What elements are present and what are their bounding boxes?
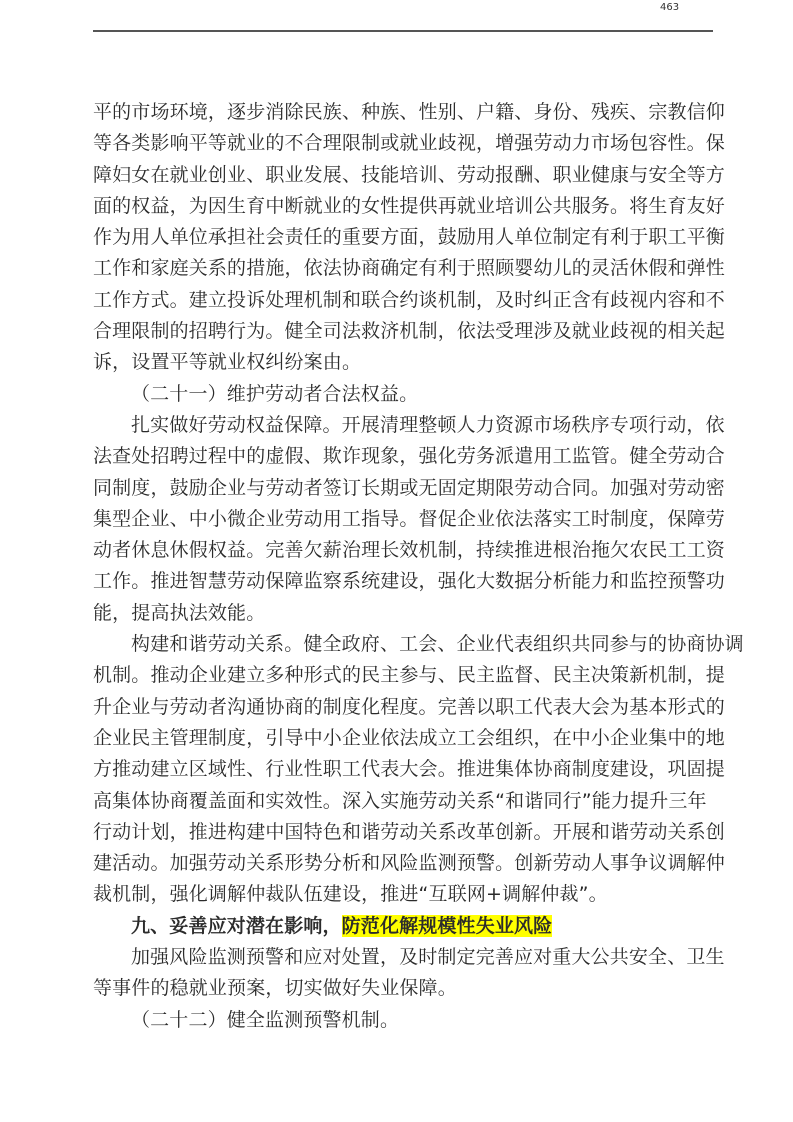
text-line: 同制度，鼓励企业与劳动者签订长期或无固定期限劳动合同。加强对劳动密 xyxy=(93,473,715,504)
text-line: 工作和家庭关系的措施，依法协商确定有利于照顾婴幼儿的灵活休假和弹性 xyxy=(93,253,715,284)
subsection-heading-21: （二十一）维护劳动者合法权益。 xyxy=(93,379,715,410)
text-line: 诉，设置平等就业权纠纷案由。 xyxy=(93,347,715,378)
text-line: 障妇女在就业创业、职业发展、技能培训、劳动报酬、职业健康与安全等方 xyxy=(93,160,715,191)
subsection-heading-22: （二十二）健全监测预警机制。 xyxy=(93,1005,715,1036)
text-line: 等各类影响平等就业的不合理限制或就业歧视，增强劳动力市场包容性。保 xyxy=(93,128,715,159)
section-heading-plain: 九、妥善应对潜在影响， xyxy=(131,915,342,937)
text-line: 作为用人单位承担社会责任的重要方面，鼓励用人单位制定有利于职工平衡 xyxy=(93,222,715,253)
text-line: 集型企业、中小微企业劳动用工指导。督促企业依法落实工时制度，保障劳 xyxy=(93,504,715,535)
paragraph-start: 扎实做好劳动权益保障。开展清理整顿人力资源市场秩序专项行动，依 xyxy=(93,410,715,441)
text-line: 升企业与劳动者沟通协商的制度化程度。完善以职工代表大会为基本形式的 xyxy=(93,692,715,723)
text-line: 等事件的稳就业预案，切实做好失业保障。 xyxy=(93,973,715,1004)
paragraph-start: 构建和谐劳动关系。健全政府、工会、企业代表组织共同参与的协商协调 xyxy=(93,629,715,660)
text-line: 机制。推动企业建立多种形式的民主参与、民主监督、民主决策新机制，提 xyxy=(93,660,715,691)
document-body: 平的市场环境，逐步消除民族、种族、性别、户籍、身份、残疾、宗教信仰 等各类影响平… xyxy=(93,97,715,1036)
text-line: 行动计划，推进构建中国特色和谐劳动关系改革创新。开展和谐劳动关系创 xyxy=(93,817,715,848)
text-line: 建活动。加强劳动关系形势分析和风险监测预警。创新劳动人事争议调解仲 xyxy=(93,848,715,879)
text-line: 面的权益，为因生育中断就业的女性提供再就业培训公共服务。将生育友好 xyxy=(93,191,715,222)
text-line: 平的市场环境，逐步消除民族、种族、性别、户籍、身份、残疾、宗教信仰 xyxy=(93,97,715,128)
paragraph-start: 加强风险监测预警和应对处置，及时制定完善应对重大公共安全、卫生 xyxy=(93,942,715,973)
text-line: 高集体协商覆盖面和实效性。深入实施劳动关系“和谐同行”能力提升三年 xyxy=(93,786,715,817)
text-line: 动者休息休假权益。完善欠薪治理长效机制，持续推进根治拖欠农民工工资 xyxy=(93,535,715,566)
header-rule xyxy=(93,30,713,32)
text-line: 法查处招聘过程中的虚假、欺诈现象，强化劳务派遣用工监管。健全劳动合 xyxy=(93,441,715,472)
section-heading-highlight: 防范化解规模性失业风险 xyxy=(342,915,553,937)
text-line: 方推动建立区域性、行业性职工代表大会。推进集体协商制度建设，巩固提 xyxy=(93,754,715,785)
text-line: 裁机制，强化调解仲裁队伍建设，推进“互联网+调解仲裁”。 xyxy=(93,879,715,910)
text-line: 工作方式。建立投诉处理机制和联合约谈机制，及时纠正含有歧视内容和不 xyxy=(93,285,715,316)
page-number: 463 xyxy=(660,2,679,13)
text-line: 能，提高执法效能。 xyxy=(93,598,715,629)
text-line: 企业民主管理制度，引导中小企业依法成立工会组织，在中小企业集中的地 xyxy=(93,723,715,754)
text-line: 工作。推进智慧劳动保障监察系统建设，强化大数据分析能力和监控预警功 xyxy=(93,566,715,597)
text-line: 合理限制的招聘行为。健全司法救济机制，依法受理涉及就业歧视的相关起 xyxy=(93,316,715,347)
section-heading-9: 九、妥善应对潜在影响，防范化解规模性失业风险 xyxy=(93,911,715,942)
